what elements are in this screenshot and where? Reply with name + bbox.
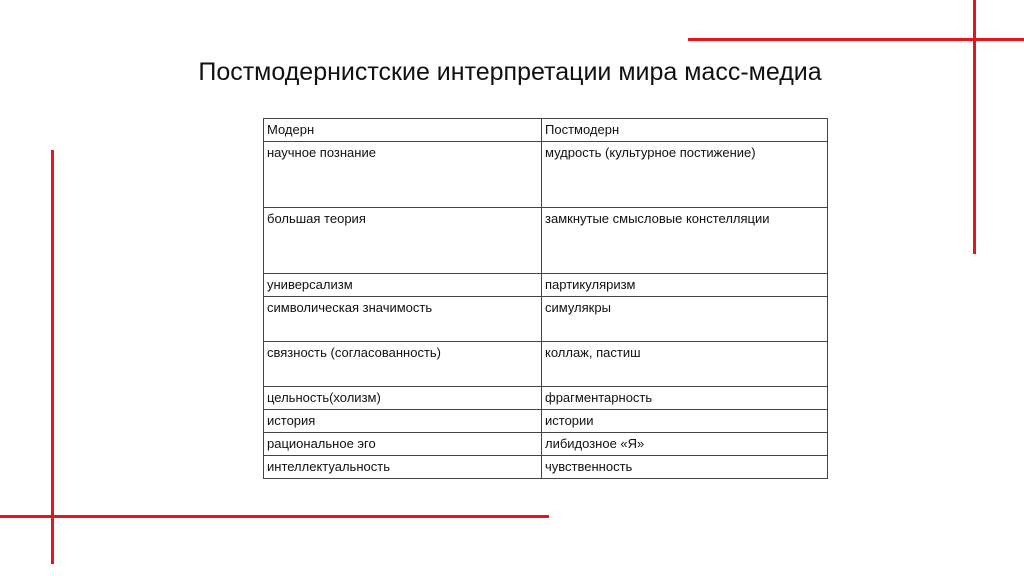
cell-modern: цельность(холизм) [264, 387, 542, 410]
cell-modern: научное познание [264, 142, 542, 208]
cell-postmodern: истории [542, 410, 828, 433]
slide-title: Постмодернистские интерпретации мира мас… [150, 58, 870, 87]
cell-modern: связность (согласованность) [264, 342, 542, 387]
table-row: интеллектуальность чувственность [264, 456, 828, 479]
comparison-table: Модерн Постмодерн научное познание мудро… [263, 118, 828, 479]
cell-postmodern: симулякры [542, 297, 828, 342]
header-postmodern: Постмодерн [542, 119, 828, 142]
cell-postmodern: чувственность [542, 456, 828, 479]
table-row: большая теория замкнутые смысловые конст… [264, 208, 828, 274]
cell-modern: интеллектуальность [264, 456, 542, 479]
table-row: история истории [264, 410, 828, 433]
cell-postmodern: либидозное «Я» [542, 433, 828, 456]
cell-modern: символическая значимость [264, 297, 542, 342]
decorative-red-line-bottom-vertical [51, 150, 54, 564]
header-modern: Модерн [264, 119, 542, 142]
table-row: рациональное эго либидозное «Я» [264, 433, 828, 456]
decorative-red-line-top-vertical [973, 0, 976, 254]
cell-modern: история [264, 410, 542, 433]
table-row: универсализм партикуляризм [264, 274, 828, 297]
table-row: цельность(холизм) фрагментарность [264, 387, 828, 410]
cell-postmodern: мудрость (культурное постижение) [542, 142, 828, 208]
table-header-row: Модерн Постмодерн [264, 119, 828, 142]
decorative-red-line-bottom-horizontal [0, 515, 549, 518]
cell-modern: рациональное эго [264, 433, 542, 456]
cell-postmodern: замкнутые смысловые констелляции [542, 208, 828, 274]
cell-modern: большая теория [264, 208, 542, 274]
cell-postmodern: партикуляризм [542, 274, 828, 297]
cell-postmodern: фрагментарность [542, 387, 828, 410]
table-row: символическая значимость симулякры [264, 297, 828, 342]
table-row: связность (согласованность) коллаж, паст… [264, 342, 828, 387]
cell-postmodern: коллаж, пастиш [542, 342, 828, 387]
cell-modern: универсализм [264, 274, 542, 297]
table-row: научное познание мудрость (культурное по… [264, 142, 828, 208]
